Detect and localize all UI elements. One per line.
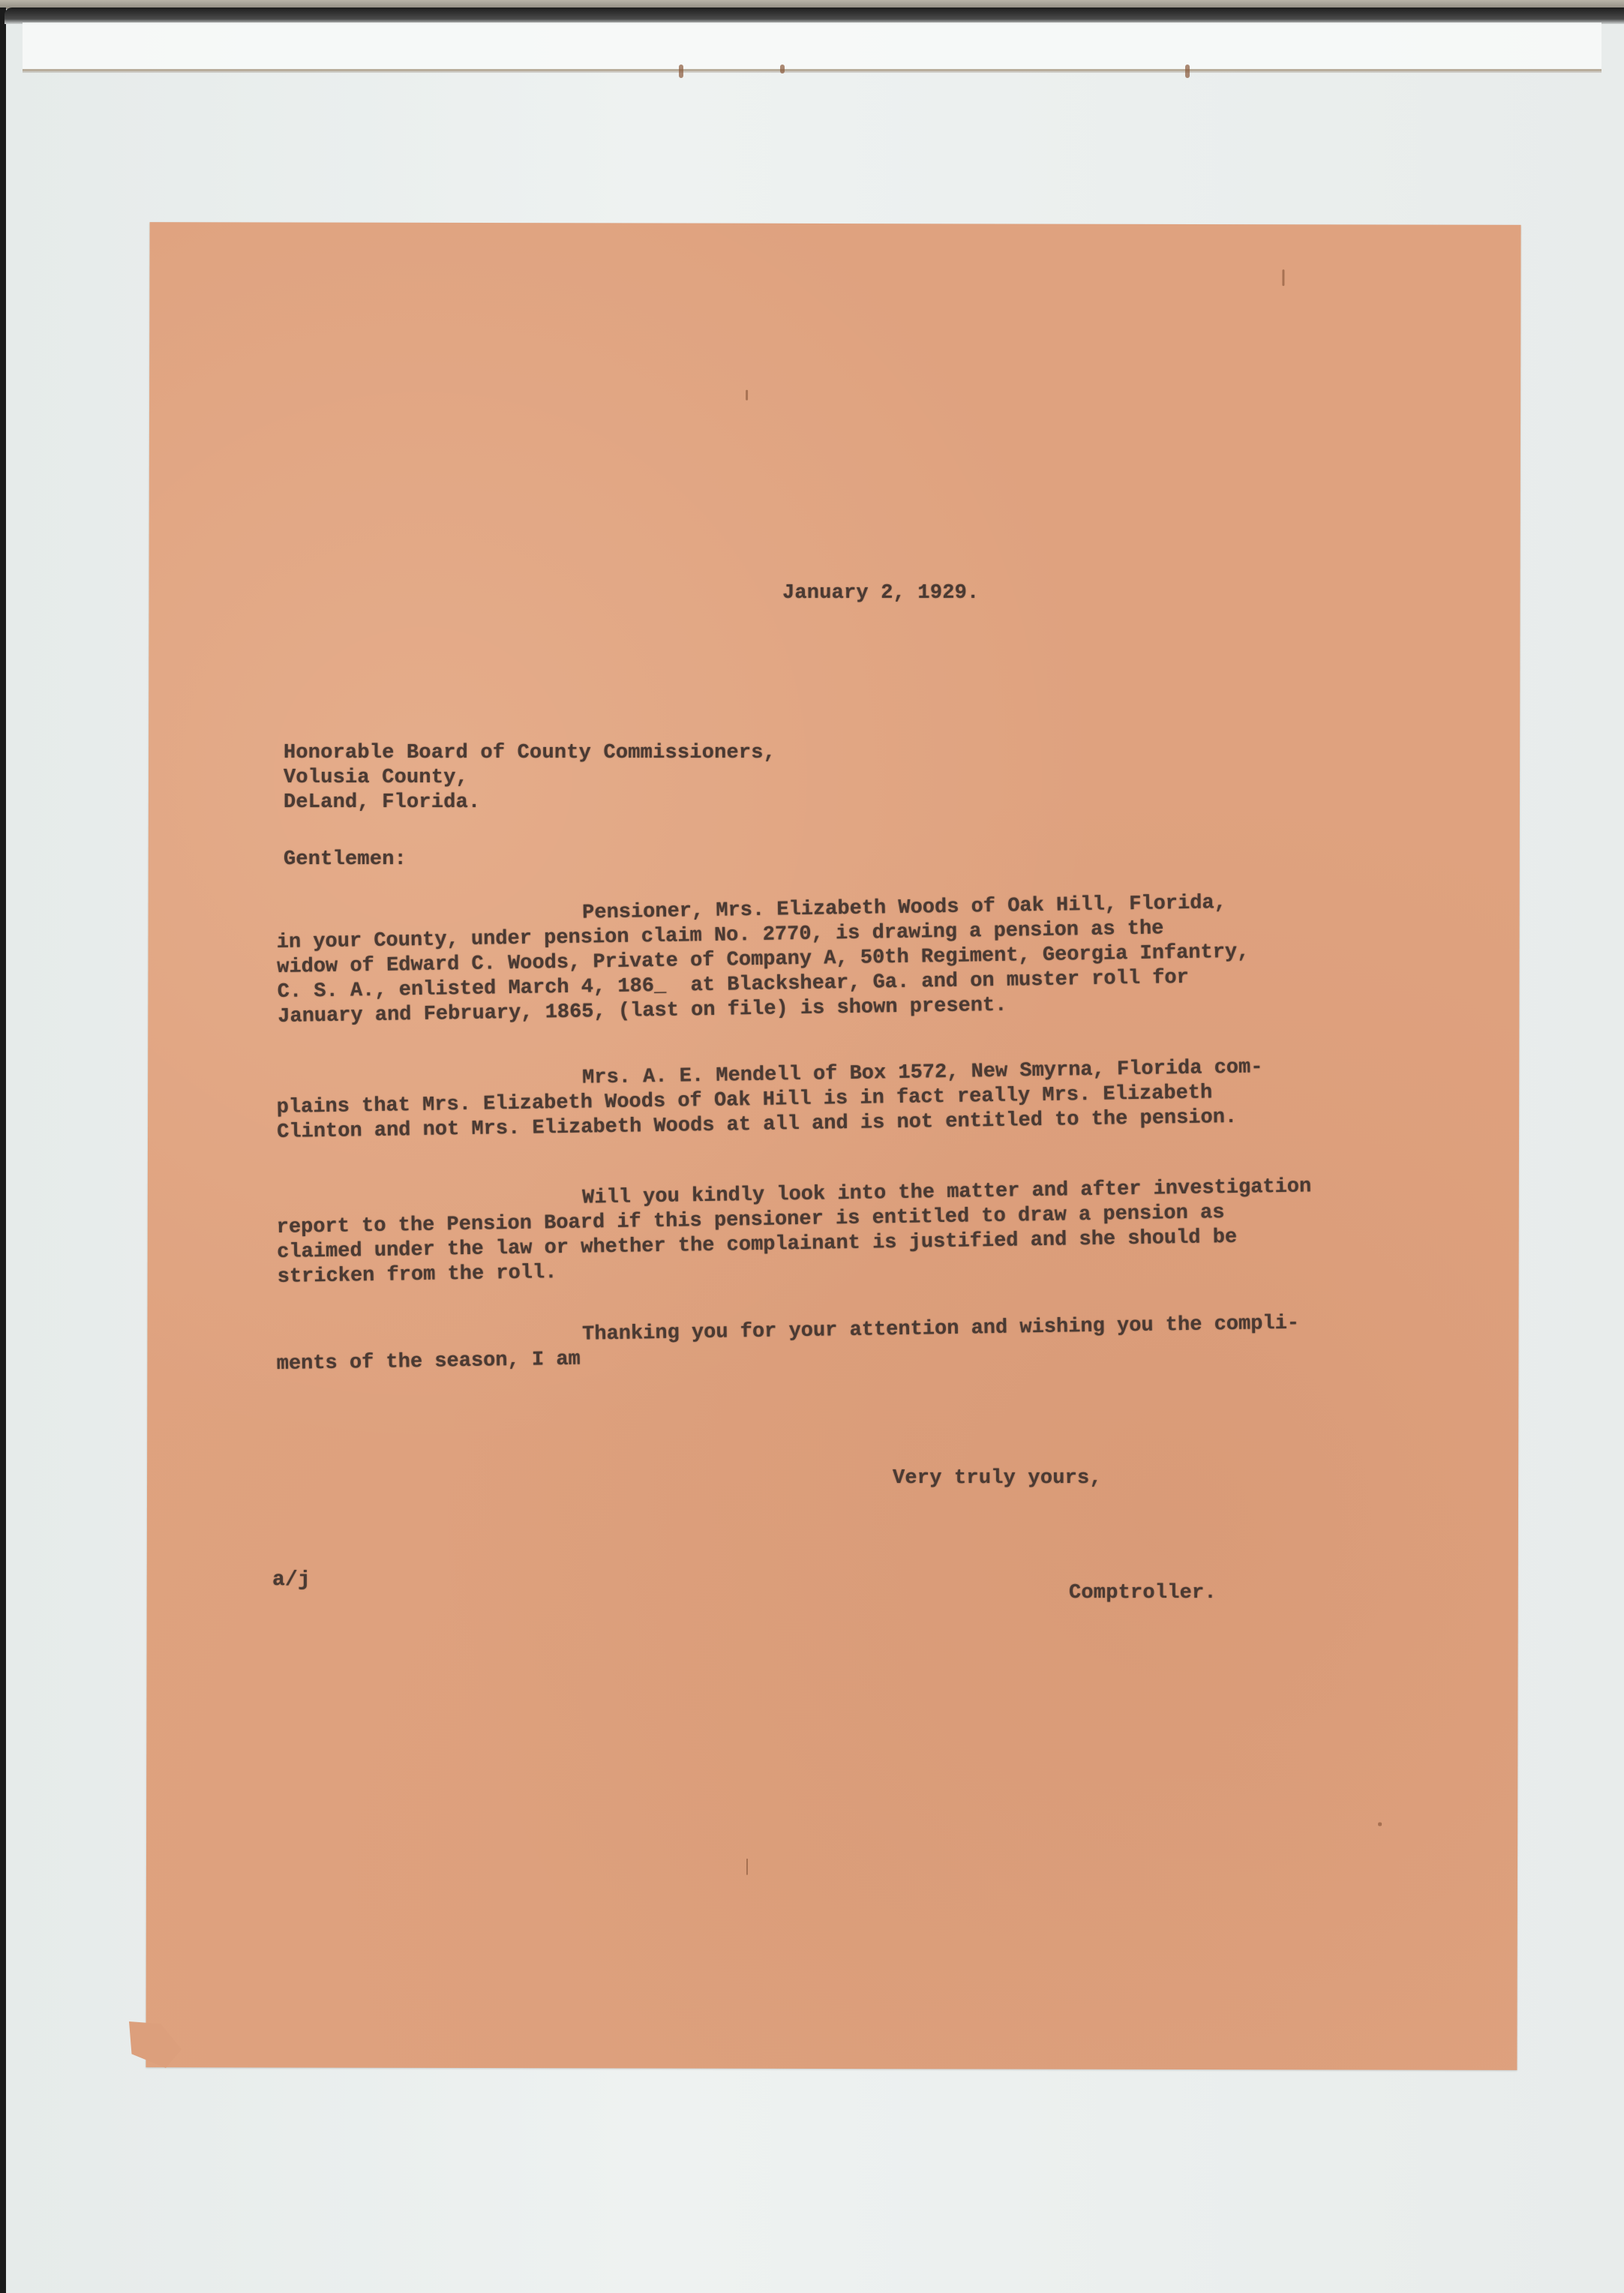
- addressee-block: Honorable Board of County Commissioners,…: [284, 741, 776, 815]
- paragraph-pensioner: Pensioner, Mrs. Elizabeth Woods of Oak H…: [276, 888, 1418, 1030]
- addressee-line: Volusia County,: [284, 767, 468, 789]
- rust-mark: [780, 65, 785, 74]
- letter-paper: [146, 222, 1520, 2070]
- scanner-top-frame: [5, 8, 1624, 24]
- paragraph-request: Will you kindly look into the matter and…: [276, 1173, 1418, 1290]
- paper-fleck: [746, 390, 748, 401]
- closing: Very truly yours,: [893, 1466, 1102, 1491]
- typist-initials: a/j: [272, 1568, 311, 1592]
- signature-title: Comptroller.: [1069, 1581, 1217, 1606]
- paper-fleck: [746, 1859, 748, 1875]
- addressee-line: Honorable Board of County Commissioners,: [284, 742, 776, 764]
- salutation: Gentlemen:: [284, 848, 407, 872]
- paper-fleck: [1378, 1823, 1382, 1826]
- letter-date: January 2, 1929.: [782, 581, 979, 606]
- paper-fleck: [1282, 269, 1284, 286]
- tape-strip: [23, 23, 1601, 71]
- rust-mark: [679, 65, 683, 78]
- scanner-left-frame: [0, 8, 6, 2293]
- rust-mark: [1185, 65, 1190, 78]
- addressee-line: DeLand, Florida.: [284, 791, 480, 814]
